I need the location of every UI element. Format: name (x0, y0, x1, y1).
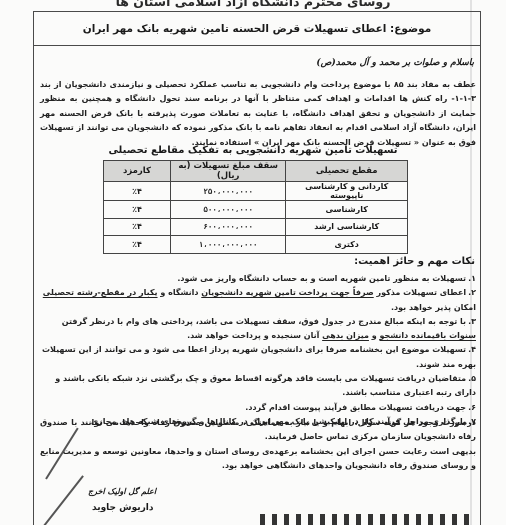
underlined-phrase: سنوات باقیمانده دانشجو (380, 331, 477, 340)
notes-list: ۱.تسهیلات به منظور تامین شهریه است و به … (40, 272, 476, 429)
cell-level: کاردانی و کارشناسی ناپیوسته (286, 182, 408, 201)
cell-amount: ۱،۰۰۰،۰۰۰،۰۰۰ (170, 236, 286, 254)
table-title: تسهیلات تامین شهریه دانشجویی به تفکیک مق… (0, 145, 506, 156)
note-item: ۵.متقاضیان دریافت تسهیلات می بایست فاقد … (40, 372, 476, 401)
cell-fee: ٪۴ (104, 182, 171, 201)
header-level: مقطع تحصیلی (286, 161, 408, 182)
closing-paragraphs: درصورت وجود هر گونه سوال، ابهام و یا نیا… (40, 416, 476, 473)
underlined-phrase: میزان بدهی (322, 331, 369, 340)
cell-amount: ۲۵۰،۰۰۰،۰۰۰ (170, 182, 286, 201)
notes-title: نکات مهم و حائز اهمیت: (354, 256, 475, 267)
cropped-footer-text (260, 514, 470, 525)
table-row: کارشناسی ۵۰۰،۰۰۰،۰۰۰ ٪۴ (104, 201, 408, 219)
closing-responsibility: بدیهی است رعایت حسن اجرای این بخشنامه بر… (40, 445, 476, 474)
cell-amount: ۶۰۰،۰۰۰،۰۰۰ (170, 218, 286, 236)
note-item: ۲.اعطای تسهیلات مذکور صرفاً جهت پرداخت ت… (40, 286, 476, 315)
header-fee: کارمزد (104, 161, 171, 182)
cell-level: دکتری (286, 236, 408, 254)
signature-title: اعلم گل اولیک اخرج (88, 486, 156, 496)
signature-name: داریوش جاوید (92, 503, 154, 513)
cell-fee: ٪۴ (104, 218, 171, 236)
table-row: کارشناسی ارشد ۶۰۰،۰۰۰،۰۰۰ ٪۴ (104, 218, 408, 236)
subject-line: موضوع: اعطای تسهیلات قرض الحسنه تامین شه… (34, 12, 480, 46)
note-item: ۴.تسهیلات موضوع این بخشنامه صرفا برای دا… (40, 343, 476, 372)
table-row: کاردانی و کارشناسی ناپیوسته ۲۵۰،۰۰۰،۰۰۰ … (104, 182, 408, 201)
header-amount: سقف مبلغ تسهیلات (به ریال) (170, 161, 286, 182)
underlined-phrase: صرفاً جهت پرداخت تامین شهریه دانشجویان (201, 288, 373, 297)
cell-level: کارشناسی ارشد (286, 218, 408, 236)
cell-fee: ٪۴ (104, 201, 171, 219)
loan-table: مقطع تحصیلی سقف مبلغ تسهیلات (به ریال) ک… (103, 160, 408, 254)
intro-paragraph: عطف به مفاد بند ۸۵ با موضوع پرداخت وام د… (40, 78, 476, 150)
table-row: دکتری ۱،۰۰۰،۰۰۰،۰۰۰ ٪۴ (104, 236, 408, 254)
recipient-heading: روسای محترم دانشگاه آزاد اسلامی استان ها (0, 0, 506, 10)
note-item: ۱.تسهیلات به منظور تامین شهریه است و به … (40, 272, 476, 286)
greeting: باسلام و صلوات بر محمد و آل محمد(ص) (316, 58, 474, 68)
cell-fee: ٪۴ (104, 236, 171, 254)
note-item: ۳.با توجه به اینکه مبالغ مندرج در جدول ف… (40, 315, 476, 344)
note-item: ۶.جهت دریافت تسهیلات مطابق فرآیند پیوست … (40, 401, 476, 415)
cell-amount: ۵۰۰،۰۰۰،۰۰۰ (170, 201, 286, 219)
closing-contact: درصورت وجود هر گونه سوال، ابهام و یا نیا… (40, 416, 476, 445)
cell-level: کارشناسی (286, 201, 408, 219)
table-header-row: مقطع تحصیلی سقف مبلغ تسهیلات (به ریال) ک… (104, 161, 408, 182)
underlined-phrase: یکبار در مقطع-رشته تحصیلی (43, 288, 158, 297)
